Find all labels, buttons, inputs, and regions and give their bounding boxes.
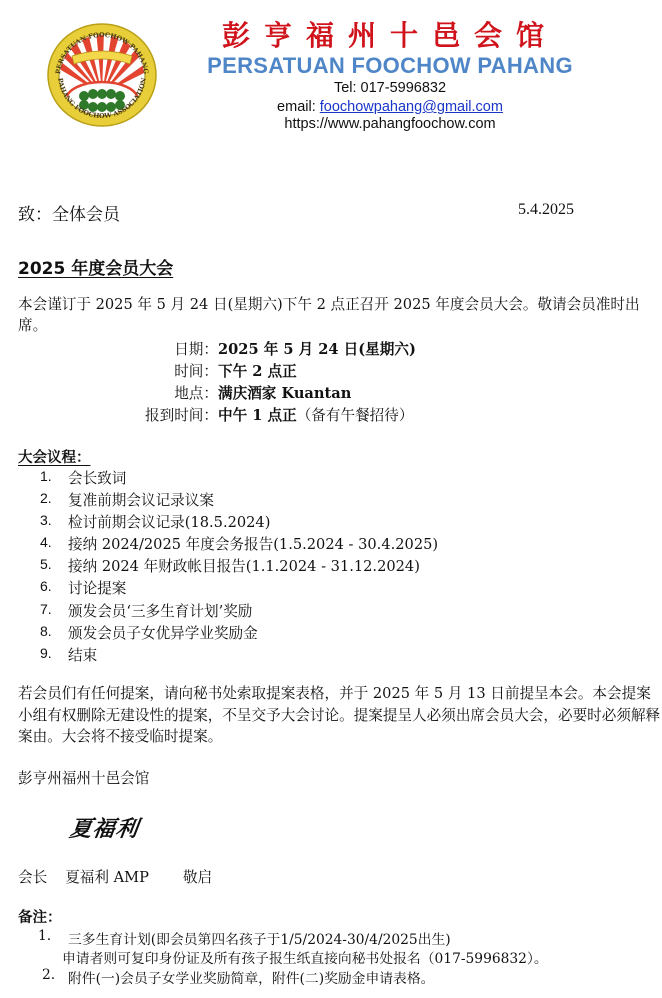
association-logo: PERSATUAN FOOCHOW PAHANG PAHANG FOOCHOW … — [46, 22, 158, 128]
agenda-number: 2. — [40, 490, 64, 506]
emblem-icon: PERSATUAN FOOCHOW PAHANG PAHANG FOOCHOW … — [46, 22, 158, 128]
agenda-list: 1.会长致词 2.复准前期会议记录议案 3.检讨前期会议记录(18.5.2024… — [40, 467, 640, 666]
signoff-line: 会长夏福利 AMP敬启 — [18, 866, 212, 887]
agenda-number: 9. — [40, 645, 64, 661]
detail-value: 中午 1 点正（备有午餐招待） — [218, 404, 413, 425]
document-title: 2025 年度会员大会 — [18, 254, 173, 279]
detail-row-time: 时间： 下午 2 点正 — [0, 360, 662, 382]
detail-value: 2025 年 5 月 24 日(星期六) — [218, 338, 416, 359]
agenda-item: 4.接纳 2024/2025 年度会务报告(1.5.2024 - 30.4.20… — [40, 533, 640, 555]
agenda-item: 1.会长致词 — [40, 467, 640, 489]
detail-value-text: 中午 1 点正 — [218, 407, 297, 424]
email-label: email: — [277, 99, 320, 115]
detail-label: 时间： — [174, 360, 218, 381]
note-text: 三多生育计划(即会员第四名孩子于1/5/2024-30/4/2025出生) — [68, 928, 451, 948]
note-number: 1. — [38, 928, 51, 944]
contact-website: https://www.pahangfoochow.com — [250, 116, 530, 132]
agenda-number: 3. — [40, 512, 64, 528]
agenda-number: 6. — [40, 578, 64, 594]
agenda-item: 6.讨论提案 — [40, 577, 640, 599]
letter-date: 5.4.2025 — [518, 201, 574, 219]
agenda-number: 4. — [40, 534, 64, 550]
agenda-text: 颁发会员子女优异学业奖励金 — [68, 622, 258, 643]
agenda-item: 9.结束 — [40, 644, 640, 666]
agenda-text: 检讨前期会议记录(18.5.2024) — [68, 511, 270, 532]
agenda-text: 颁发会员‘三多生育计划’奖励 — [68, 600, 252, 621]
agenda-item: 3.检讨前期会议记录(18.5.2024) — [40, 511, 640, 533]
telephone-number: 017-5996832 — [361, 80, 446, 96]
note-continuation: 申请者则可复印身份证及所有孩子报生纸直接向秘书处报名（017-5996832）。 — [62, 947, 548, 967]
detail-label: 报到时间： — [145, 404, 218, 425]
agenda-title: 大会议程： — [18, 446, 91, 467]
detail-row-venue: 地点： 满庆酒家 Kuantan — [0, 382, 662, 404]
agenda-text: 接纳 2024/2025 年度会务报告(1.5.2024 - 30.4.2025… — [68, 533, 438, 554]
detail-label: 地点： — [174, 382, 218, 403]
agenda-item: 2.复准前期会议记录议案 — [40, 489, 640, 511]
note-text: 附件(一)会员子女学业奖励简章，附件(二)奖励金申请表格。 — [68, 967, 434, 987]
signer-role: 会长 — [18, 866, 47, 887]
detail-label: 日期： — [174, 338, 218, 359]
agenda-item: 5.接纳 2024 年财政帐目报告(1.1.2024 - 31.12.2024) — [40, 555, 640, 577]
letterhead: PERSATUAN FOOCHOW PAHANG PAHANG FOOCHOW … — [0, 0, 662, 150]
organization-name: 彭亨州福州十邑会馆 — [18, 767, 149, 788]
detail-value: 下午 2 点正 — [218, 360, 297, 381]
closing-word: 敬启 — [183, 866, 212, 887]
detail-row-registration: 报到时间： 中午 1 点正（备有午餐招待） — [0, 404, 662, 426]
agenda-number: 1. — [40, 468, 64, 484]
association-english-name: PERSATUAN FOOCHOW PAHANG — [186, 53, 594, 79]
detail-row-date: 日期： 2025 年 5 月 24 日(星期六) — [0, 338, 662, 360]
addressee: 致：全体会员 — [18, 200, 120, 225]
agenda-item: 8.颁发会员子女优异学业奖励金 — [40, 622, 640, 644]
agenda-number: 8. — [40, 623, 64, 639]
telephone-label: Tel: — [334, 80, 361, 96]
agenda-item: 7.颁发会员‘三多生育计划’奖励 — [40, 600, 640, 622]
agenda-number: 7. — [40, 601, 64, 617]
note-number: 2. — [42, 967, 55, 983]
agenda-text: 会长致词 — [68, 467, 126, 488]
signer-name: 夏福利 AMP — [65, 866, 149, 887]
notes-title: 备注： — [18, 906, 62, 927]
intro-paragraph: 本会谨订于 2025 年 5 月 24 日(星期六)下午 2 点正召开 2025… — [18, 294, 658, 336]
agenda-text: 结束 — [68, 644, 97, 665]
association-chinese-name: 彭亨福州十邑会馆 — [190, 14, 590, 54]
proposal-paragraph: 若会员们有任何提案，请向秘书处索取提案表格，并于 2025 年 5 月 13 日… — [18, 683, 662, 748]
email-link[interactable]: foochowpahang@gmail.com — [320, 99, 503, 115]
contact-telephone: Tel: 017-5996832 — [250, 80, 530, 96]
contact-email: email: foochowpahang@gmail.com — [250, 99, 530, 115]
handwritten-signature: 夏福利 — [68, 812, 141, 843]
agenda-number: 5. — [40, 556, 64, 572]
agenda-text: 接纳 2024 年财政帐目报告(1.1.2024 - 31.12.2024) — [68, 555, 420, 576]
detail-value: 满庆酒家 Kuantan — [218, 382, 351, 403]
detail-note: （备有午餐招待） — [297, 407, 414, 424]
agenda-text: 讨论提案 — [68, 577, 126, 598]
agenda-text: 复准前期会议记录议案 — [68, 489, 214, 510]
